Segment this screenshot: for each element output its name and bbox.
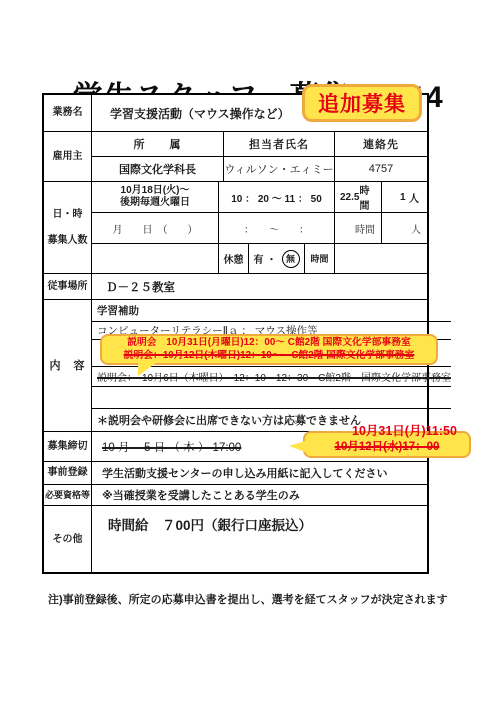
schedule-hours-1-value: 22.5: [340, 192, 359, 203]
job-value: 学習支援活動（マウス操作など）: [92, 95, 290, 131]
schedule-count-2: 人: [382, 213, 427, 243]
employer-contact-number: 4757: [335, 157, 427, 181]
deadline-old: 10 月 5 日 （ 木 ） 17:00: [92, 432, 241, 461]
break-choice: 有 ・ 無: [249, 244, 305, 273]
break-no: 無: [286, 252, 295, 265]
job-label: 業務名: [44, 95, 92, 131]
content-empty-line: [92, 387, 451, 409]
qualification-row: 必要資格等 ※当確授業を受講したことある学生のみ: [44, 485, 427, 506]
schedule-date-2: 月 日 （ ）: [92, 213, 219, 243]
schedule-grid: 10月18日(火)～ 後期毎週火曜日 10 ： 20 ～ 11 ： 50 22.…: [92, 182, 427, 273]
deadline-new-text: 10月31日(月)11:50: [352, 421, 457, 439]
schedule-line-3: 休憩 有 ・ 無 時間: [92, 244, 427, 273]
deadline-old-text: 10 月 5 日 （ 木 ） 17:00: [102, 439, 241, 455]
schedule-row: 日・時 募集人数 10月18日(火)～ 後期毎週火曜日 10 ： 20 ～ 11…: [44, 182, 427, 274]
deadline-label: 募集締切: [44, 432, 92, 461]
break-hours-unit: 時間: [305, 244, 335, 273]
schedule-count-1-unit: 人: [409, 190, 419, 205]
schedule-date-1: 10月18日(火)～ 後期毎週火曜日: [92, 182, 219, 212]
schedule-line-1: 10月18日(火)～ 後期毎週火曜日 10 ： 20 ～ 11 ： 50 22.…: [92, 182, 427, 213]
employer-col-affiliation: 所 属: [92, 132, 224, 156]
schedule-date-1b: 後期毎週火曜日: [120, 197, 190, 209]
content-label: 内 容: [44, 300, 92, 431]
qualification-label: 必要資格等: [44, 485, 92, 505]
schedule-time-1: 10 ： 20 ～ 11 ： 50: [219, 182, 335, 212]
schedule-count-1-value: 1: [400, 192, 406, 203]
footer-note: 注)事前登録後、所定の応募申込書を提出し、選考を経てスタッフが決定されます: [48, 591, 448, 607]
schedule-hours-1: 22.5 時間: [335, 182, 382, 212]
location-value: Ｄ－２５教室: [92, 274, 175, 299]
other-row: その他 時間給 ７00円（銀行口座振込）: [44, 506, 427, 574]
employer-label: 雇用主: [44, 132, 92, 181]
qualification-value: ※当確授業を受講したことある学生のみ: [92, 485, 300, 505]
other-value: 時間給 ７00円（銀行口座振込）: [92, 506, 427, 574]
schedule-date-1a: 10月18日(火)～: [121, 185, 190, 197]
schedule-hours-1-unit: 時間: [359, 182, 376, 212]
session-callout-tail: [138, 363, 156, 376]
session-new-text: 説明会 10月31日(月曜日)12：00～ C館2階 国際文化学部事務室: [127, 337, 411, 350]
schedule-count-1: 1 人: [382, 182, 427, 212]
employer-col-contact-name: 担当者氏名: [224, 132, 335, 156]
schedule-label-headcount: 募集人数: [48, 235, 88, 247]
employer-value-line: 国際文化学科長 ウィルソン・エィミー 4757: [92, 157, 427, 181]
additional-recruitment-badge: 追加募集: [302, 84, 422, 122]
employer-contact-name: ウィルソン・エィミー: [224, 157, 335, 181]
schedule-time-2: ： ～ ：: [219, 213, 335, 243]
schedule-label-datetime: 日・時: [53, 209, 83, 221]
schedule-date-3-empty: [92, 244, 219, 273]
schedule-label: 日・時 募集人数: [44, 182, 92, 273]
deadline-crossed-text: 10月12日(水)17：00: [335, 438, 440, 454]
deadline-callout-tail: [289, 441, 305, 452]
location-row: 従事場所 Ｄ－２５教室: [44, 274, 427, 300]
other-label: その他: [44, 506, 92, 574]
prereg-row: 事前登録 学生活動支援センターの申し込み用紙に記入してください: [44, 462, 427, 485]
break-no-circled: 無: [282, 250, 300, 268]
prereg-label: 事前登録: [44, 462, 92, 484]
employer-grid: 所 属 担当者氏名 連絡先 国際文化学科長 ウィルソン・エィミー 4757: [92, 132, 427, 181]
employer-header-line: 所 属 担当者氏名 連絡先: [92, 132, 427, 157]
schedule-hours-2: 時間: [335, 213, 382, 243]
employer-row: 雇用主 所 属 担当者氏名 連絡先 国際文化学科長 ウィルソン・エィミー 475…: [44, 132, 427, 182]
employer-col-contact: 連絡先: [335, 132, 427, 156]
content-line-1: 学習補助: [92, 300, 451, 322]
session-crossed-text: 説明会：10月12日(木曜日)12：10～ C館2階 国際文化学部事務室: [124, 350, 415, 363]
additional-recruitment-label: 追加募集: [318, 88, 406, 118]
location-label: 従事場所: [44, 274, 92, 299]
break-separator: ・: [267, 251, 277, 266]
break-label: 休憩: [219, 244, 249, 273]
content-row: 内 容 学習補助 コンピューターリテラシーⅡａ ： マウス操作等 説明会： 10…: [44, 300, 427, 432]
break-rest-empty: [335, 244, 427, 273]
schedule-line-2: 月 日 （ ） ： ～ ： 時間 人: [92, 213, 427, 244]
prereg-value: 学生活動支援センターの申し込み用紙に記入してください: [92, 462, 388, 484]
break-yes: 有: [254, 251, 264, 266]
employer-affiliation: 国際文化学科長: [92, 157, 224, 181]
session-change-callout: 説明会 10月31日(月曜日)12：00～ C館2階 国際文化学部事務室 説明会…: [100, 334, 438, 365]
